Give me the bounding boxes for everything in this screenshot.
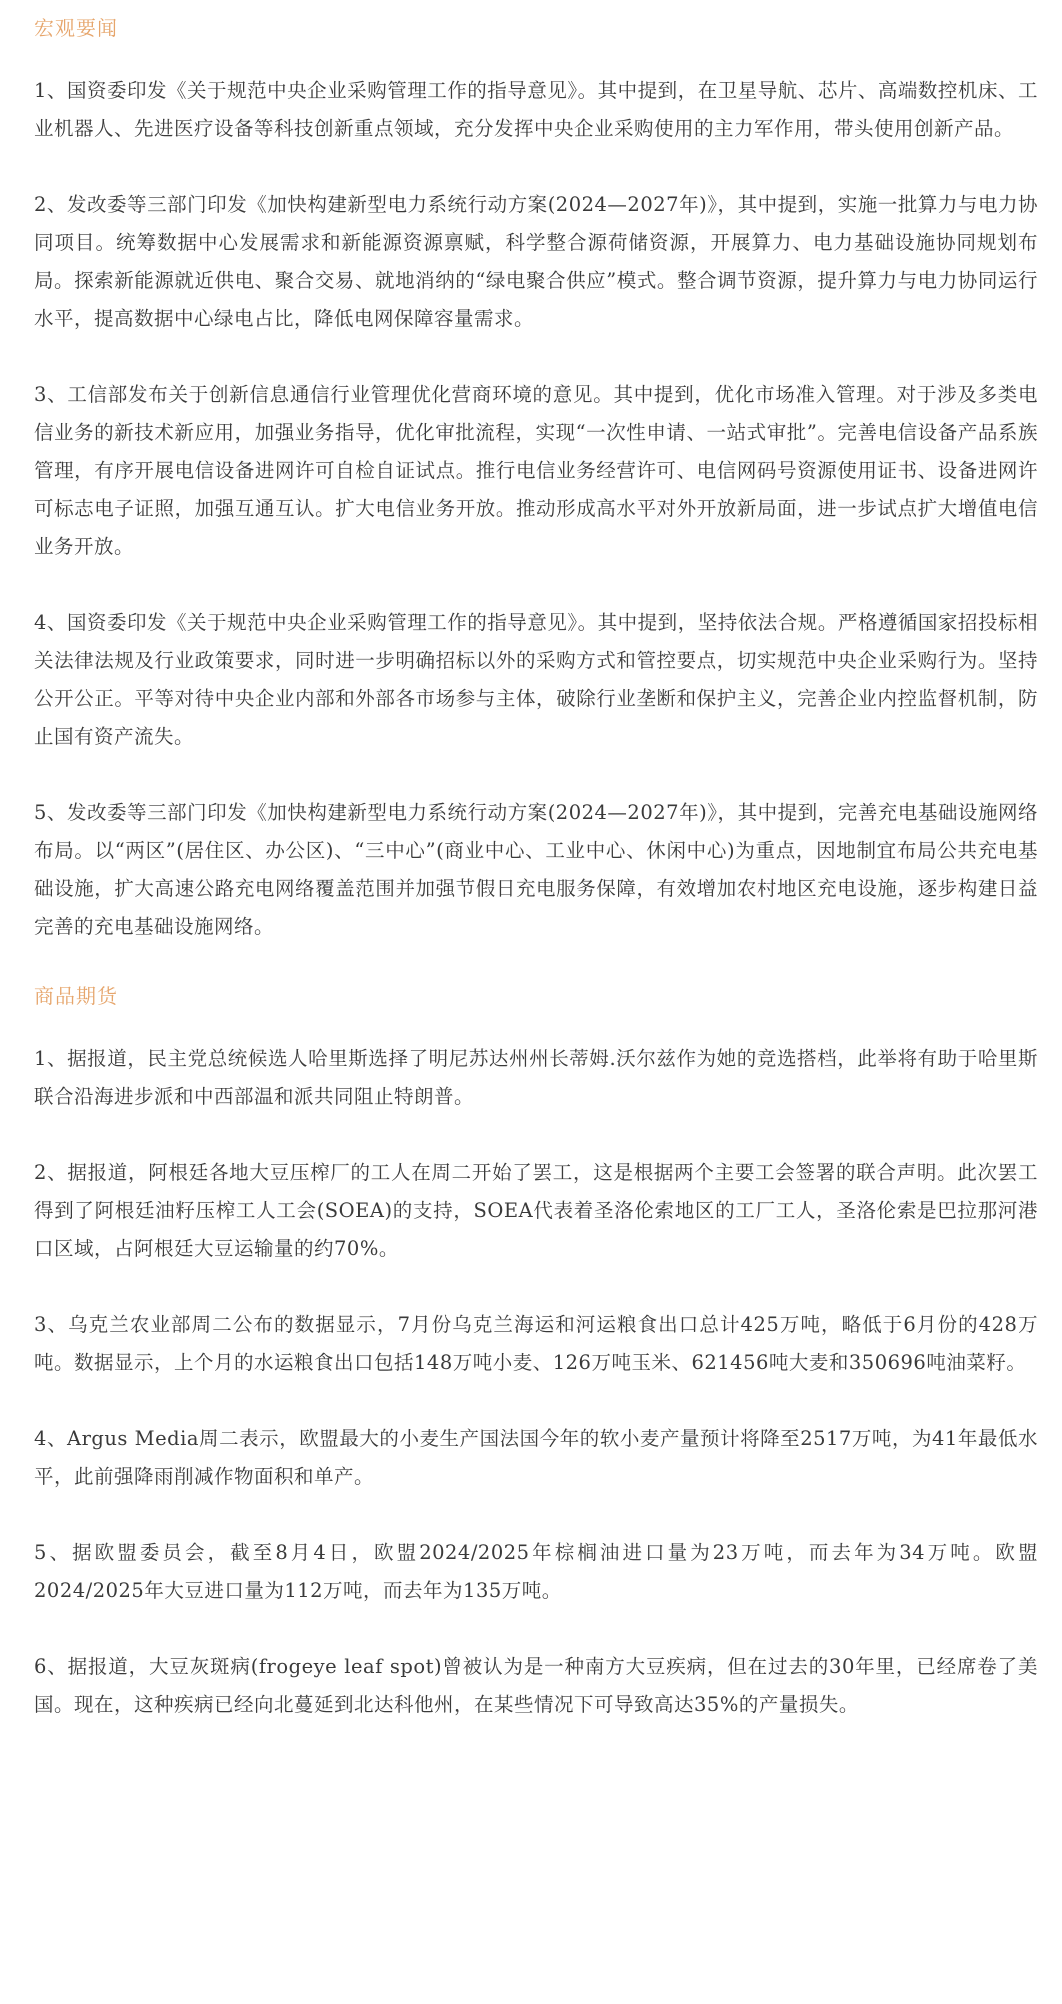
news-item: 3、工信部发布关于创新信息通信行业管理优化营商环境的意见。其中提到，优化市场准入… [34,376,1038,566]
document-body: 宏观要闻 1、国资委印发《关于规范中央企业采购管理工作的指导意见》。其中提到，在… [0,0,1062,1724]
news-item: 2、据报道，阿根廷各地大豆压榨厂的工人在周二开始了罢工，这是根据两个主要工会签署… [34,1154,1038,1268]
section-title: 宏观要闻 [34,10,1038,46]
news-item: 5、发改委等三部门印发《加快构建新型电力系统行动方案(2024—2027年)》，… [34,794,1038,946]
news-item: 6、据报道，大豆灰斑病(frogeye leaf spot)曾被认为是一种南方大… [34,1648,1038,1724]
section-title: 商品期货 [34,978,1038,1014]
news-item: 5、据欧盟委员会，截至8月4日，欧盟2024/2025年棕榈油进口量为23万吨，… [34,1534,1038,1610]
news-item: 1、国资委印发《关于规范中央企业采购管理工作的指导意见》。其中提到，在卫星导航、… [34,72,1038,148]
news-item: 4、国资委印发《关于规范中央企业采购管理工作的指导意见》。其中提到，坚持依法合规… [34,604,1038,756]
section-macro-news: 宏观要闻 1、国资委印发《关于规范中央企业采购管理工作的指导意见》。其中提到，在… [34,10,1038,946]
section-commodity-futures: 商品期货 1、据报道，民主党总统候选人哈里斯选择了明尼苏达州州长蒂姆.沃尔兹作为… [34,978,1038,1724]
news-item: 2、发改委等三部门印发《加快构建新型电力系统行动方案(2024—2027年)》，… [34,186,1038,338]
news-item: 3、乌克兰农业部周二公布的数据显示，7月份乌克兰海运和河运粮食出口总计425万吨… [34,1306,1038,1382]
news-item: 4、Argus Media周二表示，欧盟最大的小麦生产国法国今年的软小麦产量预计… [34,1420,1038,1496]
news-item: 1、据报道，民主党总统候选人哈里斯选择了明尼苏达州州长蒂姆.沃尔兹作为她的竞选搭… [34,1040,1038,1116]
